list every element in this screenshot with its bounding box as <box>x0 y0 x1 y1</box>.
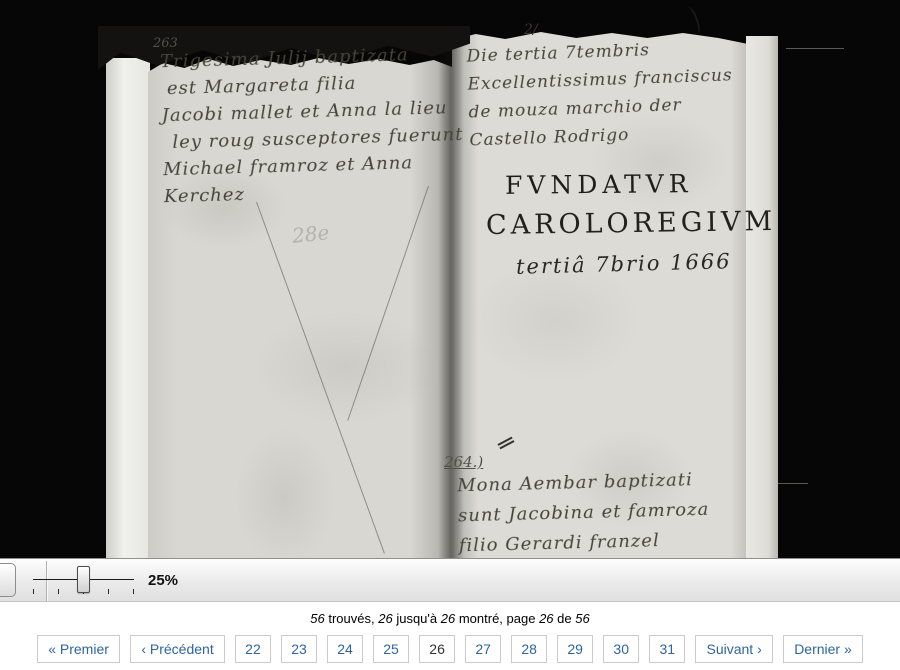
pagination-page-27[interactable]: 27 <box>465 635 501 663</box>
left-page-handwriting: Trigesima Julij baptizata est Margareta … <box>160 40 466 210</box>
pagination-previous-button[interactable]: ‹ Précédent <box>130 635 224 663</box>
pagination-page-25[interactable]: 25 <box>373 635 409 663</box>
zoom-slider-handle[interactable] <box>77 566 90 593</box>
pagination-last-button[interactable]: Dernier » <box>783 635 863 663</box>
results-found-label: trouvés, <box>328 611 374 626</box>
handwriting-line: filio Gerardi franzel <box>458 525 710 558</box>
zoom-percentage-label: 25% <box>148 572 178 589</box>
results-found-count: 56 <box>310 611 324 626</box>
results-of-label: de <box>557 611 571 626</box>
pagination-page-24[interactable]: 24 <box>327 635 363 663</box>
book-page-edge-right <box>746 36 778 558</box>
toolbar-separator <box>46 561 47 601</box>
toolbar-partial-button[interactable] <box>0 563 16 597</box>
pagination-page-22[interactable]: 22 <box>235 635 271 663</box>
book-page-edge-left <box>106 58 150 558</box>
zoom-slider-tick <box>108 589 109 594</box>
pagination-next-button[interactable]: Suivant › <box>695 635 772 663</box>
right-page-margin-number: 264.) <box>444 453 483 471</box>
zoom-slider-tick <box>58 589 59 594</box>
manuscript-scan-viewport[interactable]: 263 Trigesima Julij baptizata est Margar… <box>0 0 900 558</box>
results-range-label: jusqu'à <box>396 611 437 626</box>
results-shown-label: montré, page <box>459 611 536 626</box>
pagination-page-31[interactable]: 31 <box>649 635 685 663</box>
pagination-page-30[interactable]: 30 <box>603 635 639 663</box>
pagination-bar: « Premier ‹ Précédent 22 23 24 25 26 27 … <box>0 635 900 663</box>
results-current-page: 26 <box>539 611 553 626</box>
fundatur-title-line: FVNDATVR <box>505 169 693 200</box>
viewer-toolbar: 25% <box>0 558 900 602</box>
pagination-first-button[interactable]: « Premier <box>37 635 120 663</box>
results-from: 26 <box>378 611 392 626</box>
caroloregium-title-line: CAROLOREGIVM <box>486 206 777 241</box>
scan-scratch-mark <box>786 48 844 49</box>
ink-flourish-mark <box>680 5 703 38</box>
pagination-page-28[interactable]: 28 <box>511 635 547 663</box>
pagination-page-29[interactable]: 29 <box>557 635 593 663</box>
pencil-annotation: 28e <box>291 220 331 248</box>
results-status-line: 56 trouvés, 26 jusqu'à 26 montré, page 2… <box>0 611 900 626</box>
right-page-handwriting-bottom: Mona Aembar baptizati sunt Jacobina et f… <box>457 465 711 558</box>
superscript-annotation: 2/ <box>524 22 538 38</box>
results-total-pages: 56 <box>575 611 589 626</box>
scan-scratch-mark <box>778 483 808 484</box>
pagination-page-26-current[interactable]: 26 <box>419 635 455 663</box>
zoom-slider-tick <box>133 589 134 594</box>
zoom-slider-tick <box>33 589 34 594</box>
right-page-handwriting-top: Die tertia 7tembris Excellentissimus fra… <box>466 33 735 154</box>
results-to: 26 <box>441 611 455 626</box>
pagination-page-23[interactable]: 23 <box>281 635 317 663</box>
